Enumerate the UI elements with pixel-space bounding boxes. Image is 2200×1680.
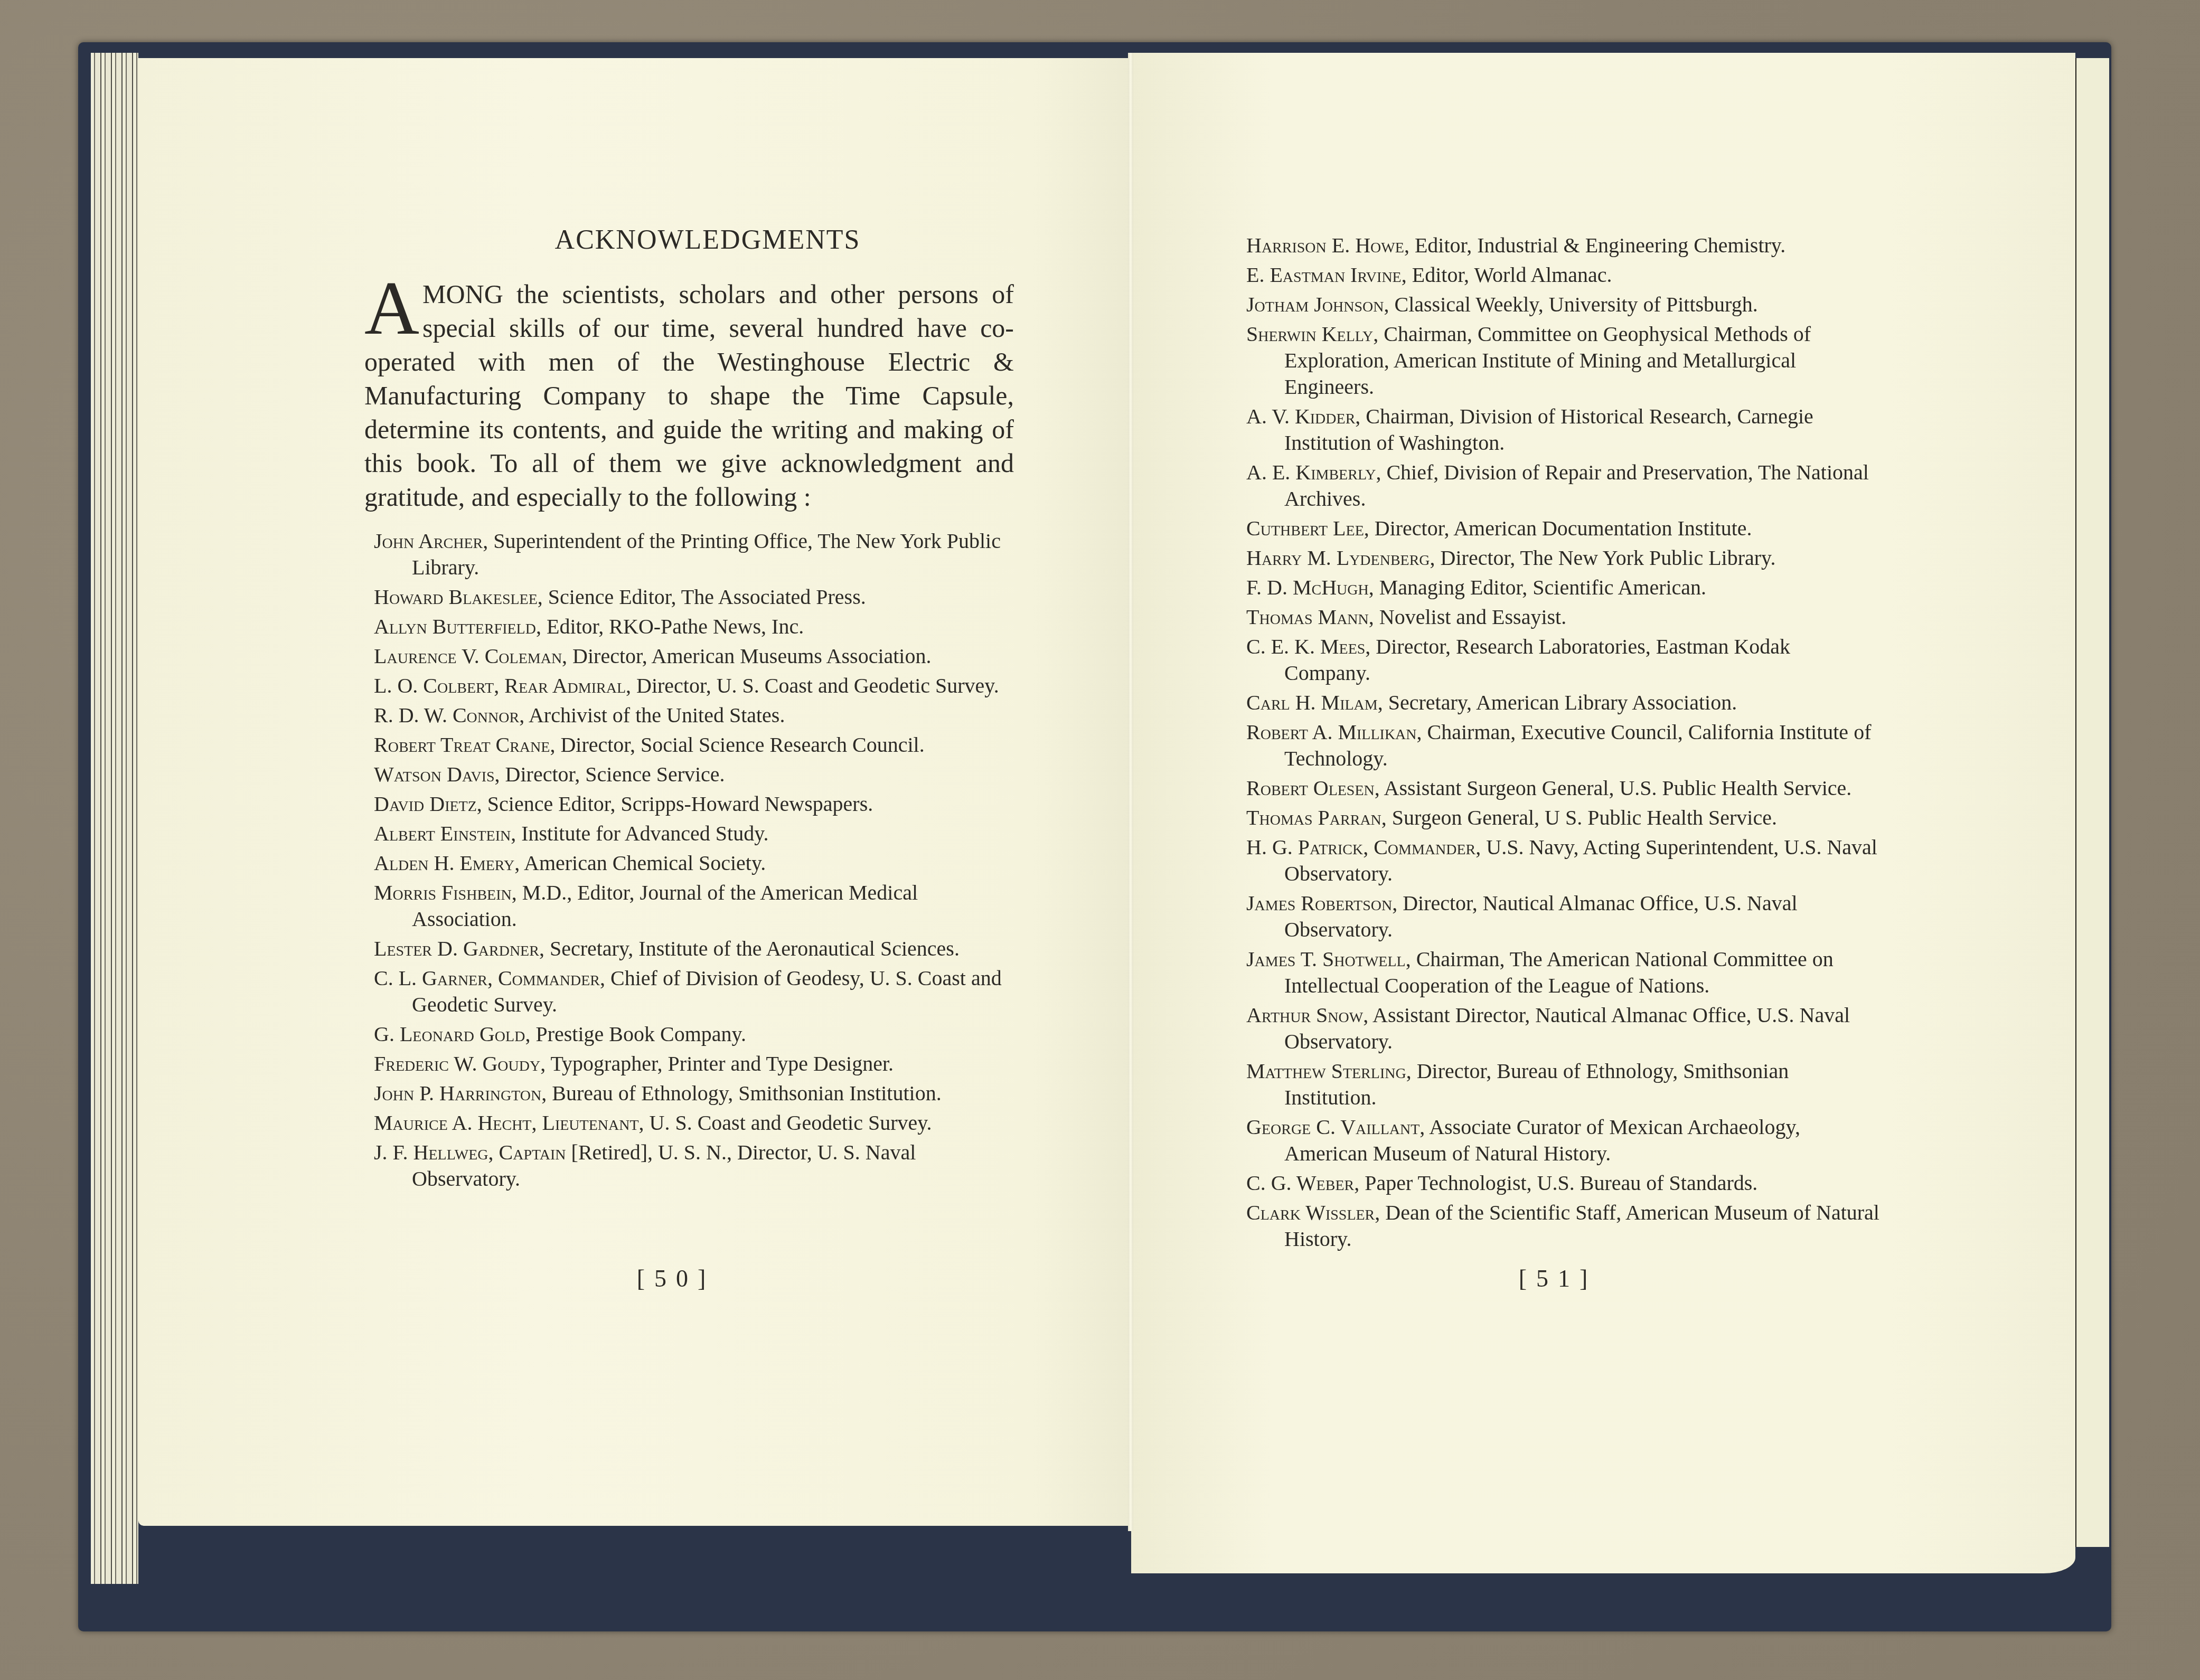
list-item: L. O. Colbert, Rear Admiral, Director, U… xyxy=(374,673,1013,699)
page-edges-right xyxy=(2075,58,2109,1547)
entry-description: , Surgeon General, U S. Public Health Se… xyxy=(1381,806,1777,829)
entry-name: George C. Vaillant xyxy=(1246,1115,1419,1139)
entry-description: , Science Editor, Scripps-Howard Newspap… xyxy=(477,792,873,816)
list-item: George C. Vaillant, Associate Curator of… xyxy=(1246,1114,1880,1167)
entry-description: , Director, Social Science Research Coun… xyxy=(550,733,924,757)
list-item: Matthew Sterling, Director, Bureau of Et… xyxy=(1246,1058,1880,1111)
entry-name: Jotham Johnson xyxy=(1246,292,1384,316)
entry-name: Howard Blakeslee xyxy=(374,585,538,609)
list-item: Jotham Johnson, Classical Weekly, Univer… xyxy=(1246,291,1880,318)
entry-description: , U. S. Coast and Geodetic Survey. xyxy=(639,1111,932,1135)
entry-name: J. F. Hellweg, Captain xyxy=(374,1140,566,1164)
entry-description: , American Chemical Society. xyxy=(514,851,766,875)
list-item: Frederic W. Goudy, Typographer, Printer … xyxy=(374,1051,1013,1077)
entry-name: E. Eastman Irvine xyxy=(1246,263,1402,287)
intro-lead-caps: MONG xyxy=(422,279,503,309)
entry-description: , Secretary, Institute of the Aeronautic… xyxy=(539,937,960,960)
entry-name: Sherwin Kelly xyxy=(1246,322,1373,346)
entry-name: Harry M. Lydenberg xyxy=(1246,546,1430,570)
list-item: Harry M. Lydenberg, Director, The New Yo… xyxy=(1246,545,1880,571)
entry-description: , Classical Weekly, University of Pittsb… xyxy=(1384,292,1757,316)
entry-description: , Science Editor, The Associated Press. xyxy=(538,585,866,609)
entry-name: G. Leonard Gold xyxy=(374,1022,525,1046)
list-item: Robert A. Millikan, Chairman, Executive … xyxy=(1246,719,1880,772)
list-item: Laurence V. Coleman, Director, American … xyxy=(374,643,1013,669)
entry-name: James T. Shotwell xyxy=(1246,947,1406,971)
list-item: Thomas Mann, Novelist and Essayist. xyxy=(1246,604,1880,630)
entry-name: Robert Olesen xyxy=(1246,776,1375,800)
book-gutter xyxy=(1128,53,1133,1531)
entry-name: Thomas Mann xyxy=(1246,605,1369,629)
entry-name: Robert Treat Crane xyxy=(374,733,550,757)
entry-description: , Institute for Advanced Study. xyxy=(511,822,768,845)
entry-name: Robert A. Millikan xyxy=(1246,720,1417,744)
entry-name: H. G. Patrick, Commander xyxy=(1246,835,1475,859)
entry-description: , Director, Science Service. xyxy=(495,762,725,786)
list-item: C. G. Weber, Paper Technologist, U.S. Bu… xyxy=(1246,1170,1880,1196)
list-item: James T. Shotwell, Chairman, The America… xyxy=(1246,946,1880,999)
list-item: Carl H. Milam, Secretary, American Libra… xyxy=(1246,690,1880,716)
entry-name: Frederic W. Goudy xyxy=(374,1052,540,1075)
list-item: A. E. Kimberly, Chief, Division of Repai… xyxy=(1246,459,1880,512)
list-item: C. E. K. Mees, Director, Research Labora… xyxy=(1246,634,1880,686)
entry-name: John P. Harrington xyxy=(374,1081,541,1105)
intro-text: the scientists, scholars and other perso… xyxy=(364,279,1014,512)
list-item: Alden H. Emery, American Chemical Societ… xyxy=(374,850,1013,876)
entry-description: , Novelist and Essayist. xyxy=(1369,605,1566,629)
list-item: Morris Fishbein, M.D., Editor, Journal o… xyxy=(374,880,1013,932)
list-item: Maurice A. Hecht, Lieutenant, U. S. Coas… xyxy=(374,1110,1013,1136)
entry-name: Matthew Sterling xyxy=(1246,1059,1406,1083)
list-item: Lester D. Gardner, Secretary, Institute … xyxy=(374,936,1013,962)
list-item: James Robertson, Director, Nautical Alma… xyxy=(1246,890,1880,943)
list-item: Arthur Snow, Assistant Director, Nautica… xyxy=(1246,1002,1880,1055)
entry-name: David Dietz xyxy=(374,792,477,816)
entry-name: Clark Wissler xyxy=(1246,1201,1375,1224)
entry-name: James Robertson xyxy=(1246,891,1392,915)
entry-name: Maurice A. Hecht, Lieutenant xyxy=(374,1111,639,1135)
entry-description: , Editor, World Almanac. xyxy=(1402,263,1612,287)
entry-name: C. E. K. Mees xyxy=(1246,635,1365,658)
list-item: E. Eastman Irvine, Editor, World Almanac… xyxy=(1246,262,1880,288)
list-item: H. G. Patrick, Commander, U.S. Navy, Act… xyxy=(1246,834,1880,887)
entry-description: , Director, American Museums Association… xyxy=(562,644,931,668)
entry-name: F. D. McHugh xyxy=(1246,575,1369,599)
page-number-right: [51] xyxy=(1479,1264,1637,1292)
list-item: Allyn Butterfield, Editor, RKO-Pathe New… xyxy=(374,614,1013,640)
entry-description: , Editor, RKO-Pathe News, Inc. xyxy=(536,615,804,638)
entry-name: Cuthbert Lee xyxy=(1246,516,1364,540)
entry-name: Harrison E. Howe xyxy=(1246,233,1404,257)
entry-description: , Managing Editor, Scientific American. xyxy=(1369,575,1706,599)
list-item: Robert Treat Crane, Director, Social Sci… xyxy=(374,732,1013,758)
entry-description: , Paper Technologist, U.S. Bureau of Sta… xyxy=(1354,1171,1757,1195)
list-item: Albert Einstein, Institute for Advanced … xyxy=(374,820,1013,847)
entry-name: A. V. Kidder xyxy=(1246,404,1355,428)
entry-description: , Chairman, Division of Historical Resea… xyxy=(1284,404,1813,455)
list-item: John P. Harrington, Bureau of Ethnology,… xyxy=(374,1080,1013,1107)
list-item: Howard Blakeslee, Science Editor, The As… xyxy=(374,584,1013,610)
entry-description: , Assistant Director, Nautical Almanac O… xyxy=(1284,1003,1850,1053)
list-item: Robert Olesen, Assistant Surgeon General… xyxy=(1246,775,1880,801)
entry-name: Allyn Butterfield xyxy=(374,615,536,638)
list-item: F. D. McHugh, Managing Editor, Scientifi… xyxy=(1246,574,1880,601)
page-edges-left xyxy=(91,53,138,1584)
entry-name: Lester D. Gardner xyxy=(374,937,539,960)
list-item: Cuthbert Lee, Director, American Documen… xyxy=(1246,515,1880,542)
list-item: A. V. Kidder, Chairman, Division of Hist… xyxy=(1246,403,1880,456)
entry-name: Thomas Parran xyxy=(1246,806,1381,829)
entry-name: A. E. Kimberly xyxy=(1246,460,1376,484)
acknowledgment-list-right: Harrison E. Howe, Editor, Industrial & E… xyxy=(1246,232,1880,1256)
list-item: Sherwin Kelly, Chairman, Committee on Ge… xyxy=(1246,321,1880,400)
entry-name: C. L. Garner, Commander xyxy=(374,966,600,990)
list-item: J. F. Hellweg, Captain [Retired], U. S. … xyxy=(374,1139,1013,1192)
list-item: Thomas Parran, Surgeon General, U S. Pub… xyxy=(1246,805,1880,831)
list-item: John Archer, Superintendent of the Print… xyxy=(374,528,1013,581)
entry-description: , Secretary, American Library Associatio… xyxy=(1378,691,1737,714)
entry-description: , Archivist of the United States. xyxy=(519,703,785,727)
list-item: R. D. W. Connor, Archivist of the United… xyxy=(374,702,1013,729)
intro-paragraph: AMONG the scientists, scholars and other… xyxy=(364,277,1014,514)
entry-name: L. O. Colbert, Rear Admiral xyxy=(374,674,626,697)
entry-name: Arthur Snow xyxy=(1246,1003,1363,1027)
entry-name: Laurence V. Coleman xyxy=(374,644,562,668)
entry-name: Carl H. Milam xyxy=(1246,691,1378,714)
page-title: ACKNOWLEDGMENTS xyxy=(364,224,1051,256)
entry-name: John Archer xyxy=(374,529,483,553)
acknowledgment-list-left: John Archer, Superintendent of the Print… xyxy=(374,528,1013,1195)
entry-description: , Editor, Industrial & Engineering Chemi… xyxy=(1404,233,1785,257)
entry-name: Morris Fishbein xyxy=(374,881,512,904)
entry-name: R. D. W. Connor xyxy=(374,703,519,727)
entry-description: , Director, American Documentation Insti… xyxy=(1364,516,1752,540)
list-item: Clark Wissler, Dean of the Scientific St… xyxy=(1246,1200,1880,1252)
entry-name: Watson Davis xyxy=(374,762,495,786)
entry-description: , Typographer, Printer and Type Designer… xyxy=(540,1052,894,1075)
entry-name: Alden H. Emery xyxy=(374,851,514,875)
entry-description: , Director, U. S. Coast and Geodetic Sur… xyxy=(626,674,999,697)
entry-name: Albert Einstein xyxy=(374,822,511,845)
list-item: David Dietz, Science Editor, Scripps-How… xyxy=(374,791,1013,817)
list-item: Harrison E. Howe, Editor, Industrial & E… xyxy=(1246,232,1880,259)
entry-description: , Prestige Book Company. xyxy=(525,1022,746,1046)
list-item: Watson Davis, Director, Science Service. xyxy=(374,761,1013,788)
list-item: C. L. Garner, Commander, Chief of Divisi… xyxy=(374,965,1013,1018)
entry-description: , Bureau of Ethnology, Smithsonian Insti… xyxy=(541,1081,941,1105)
entry-name: C. G. Weber xyxy=(1246,1171,1354,1195)
entry-description: , Superintendent of the Printing Office,… xyxy=(412,529,1001,579)
entry-description: , Assistant Surgeon General, U.S. Public… xyxy=(1375,776,1852,800)
list-item: G. Leonard Gold, Prestige Book Company. xyxy=(374,1021,1013,1047)
entry-description: , Director, The New York Public Library. xyxy=(1430,546,1776,570)
drop-cap: A xyxy=(364,279,419,338)
page-number-left: [50] xyxy=(597,1264,755,1292)
